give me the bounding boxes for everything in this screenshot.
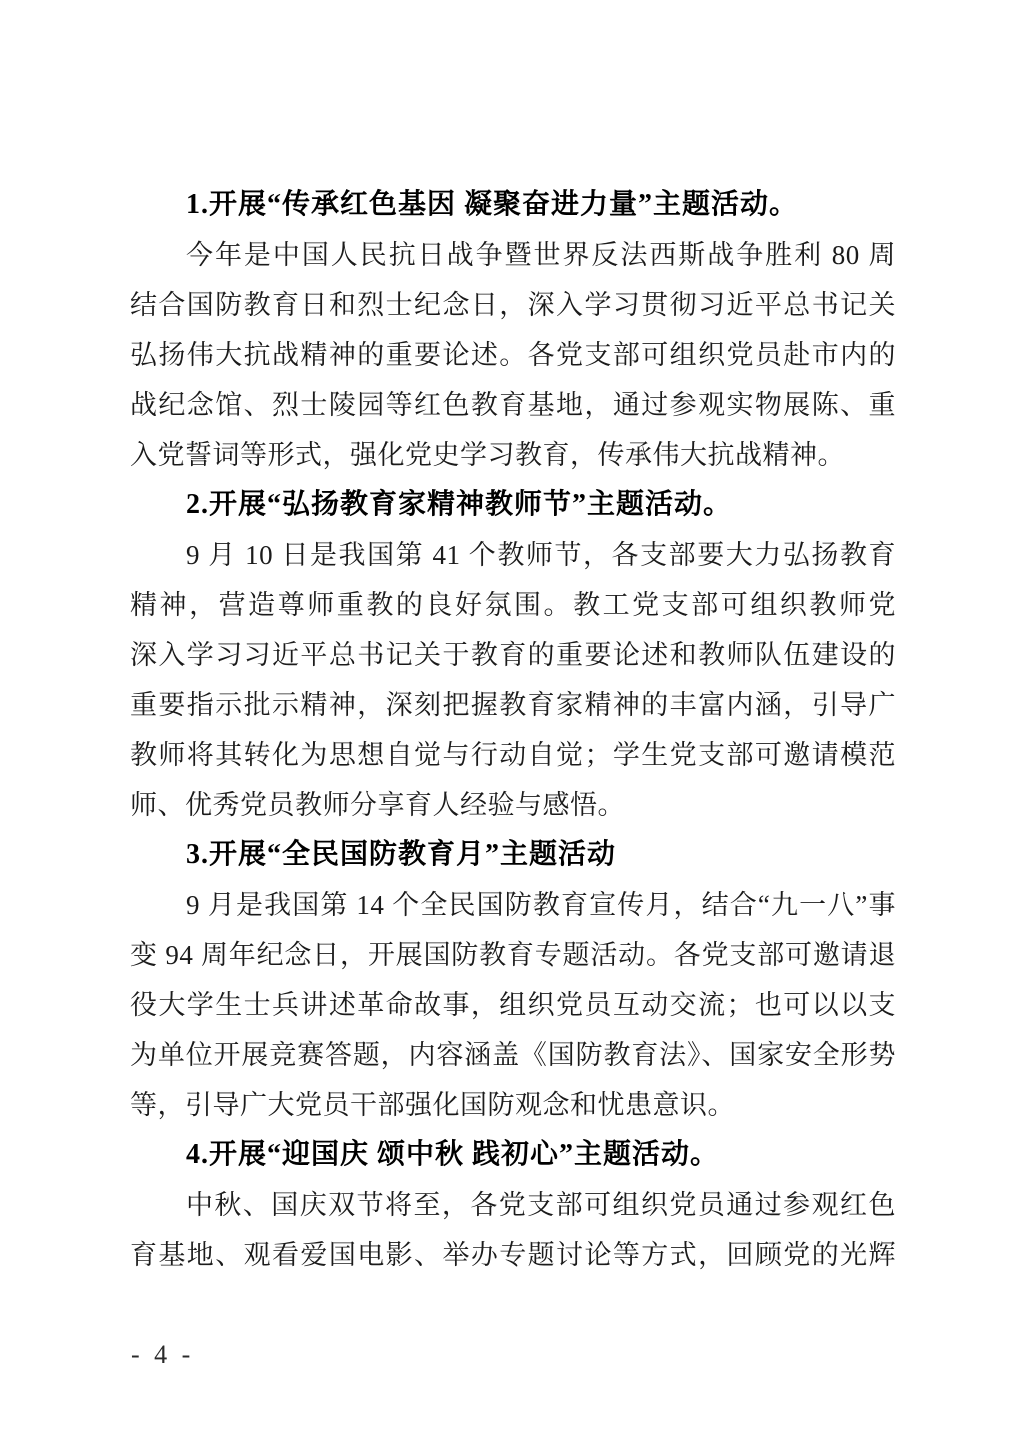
body-line: 教师将其转化为思想自觉与行动自觉；学生党支部可邀请模范教 xyxy=(130,730,896,780)
section-3-heading: 3.开展“全民国防教育月”主题活动 xyxy=(130,830,896,880)
section-4-heading: 4.开展“迎国庆 颂中秋 践初心”主题活动。 xyxy=(130,1130,896,1180)
body-line: 深入学习习近平总书记关于教育的重要论述和教师队伍建设的 xyxy=(130,630,896,680)
body-line: 等，引导广大党员干部强化国防观念和忧患意识。 xyxy=(130,1080,896,1130)
section-1: 1.开展“传承红色基因 凝聚奋进力量”主题活动。 今年是中国人民抗日战争暨世界反… xyxy=(130,180,896,480)
body-line: 战纪念馆、烈士陵园等红色教育基地，通过参观实物展陈、重温 xyxy=(130,380,896,430)
section-2: 2.开展“弘扬教育家精神教师节”主题活动。 9 月 10 日是我国第 41 个教… xyxy=(130,480,896,830)
body-line: 为单位开展竞赛答题，内容涵盖《国防教育法》、国家安全形势 xyxy=(130,1030,896,1080)
body-line: 精神，营造尊师重教的良好氛围。教工党支部可组织教师党员， xyxy=(130,580,896,630)
body-line: 重要指示批示精神，深刻把握教育家精神的丰富内涵，引导广大 xyxy=(130,680,896,730)
document-body: 1.开展“传承红色基因 凝聚奋进力量”主题活动。 今年是中国人民抗日战争暨世界反… xyxy=(130,180,896,1280)
body-line: 弘扬伟大抗战精神的重要论述。各党支部可组织党员赴市内的抗 xyxy=(130,330,896,380)
section-2-heading: 2.开展“弘扬教育家精神教师节”主题活动。 xyxy=(130,480,896,530)
body-line: 中秋、国庆双节将至，各党支部可组织党员通过参观红色教 xyxy=(130,1180,896,1230)
body-line: 入党誓词等形式，强化党史学习教育，传承伟大抗战精神。 xyxy=(130,430,896,480)
body-line: 结合国防教育日和烈士纪念日，深入学习贯彻习近平总书记关于 xyxy=(130,280,896,330)
section-3: 3.开展“全民国防教育月”主题活动 9 月是我国第 14 个全民国防教育宣传月，… xyxy=(130,830,896,1130)
section-4: 4.开展“迎国庆 颂中秋 践初心”主题活动。 中秋、国庆双节将至，各党支部可组织… xyxy=(130,1130,896,1280)
body-line: 今年是中国人民抗日战争暨世界反法西斯战争胜利 80 周年， xyxy=(130,230,896,280)
body-line: 9 月 10 日是我国第 41 个教师节，各支部要大力弘扬教育家 xyxy=(130,530,896,580)
body-line: 9 月是我国第 14 个全民国防教育宣传月，结合“九一八”事 xyxy=(130,880,896,930)
page-number: - 4 - xyxy=(131,1340,194,1370)
section-1-heading: 1.开展“传承红色基因 凝聚奋进力量”主题活动。 xyxy=(130,180,896,230)
body-line: 育基地、观看爱国电影、举办专题讨论等方式，回顾党的光辉历 xyxy=(130,1230,896,1280)
body-line: 变 94 周年纪念日，开展国防教育专题活动。各党支部可邀请退 xyxy=(130,930,896,980)
document-page: 1.开展“传承红色基因 凝聚奋进力量”主题活动。 今年是中国人民抗日战争暨世界反… xyxy=(0,0,1024,1448)
body-line: 师、优秀党员教师分享育人经验与感悟。 xyxy=(130,780,896,830)
body-line: 役大学生士兵讲述革命故事，组织党员互动交流；也可以以支部 xyxy=(130,980,896,1030)
